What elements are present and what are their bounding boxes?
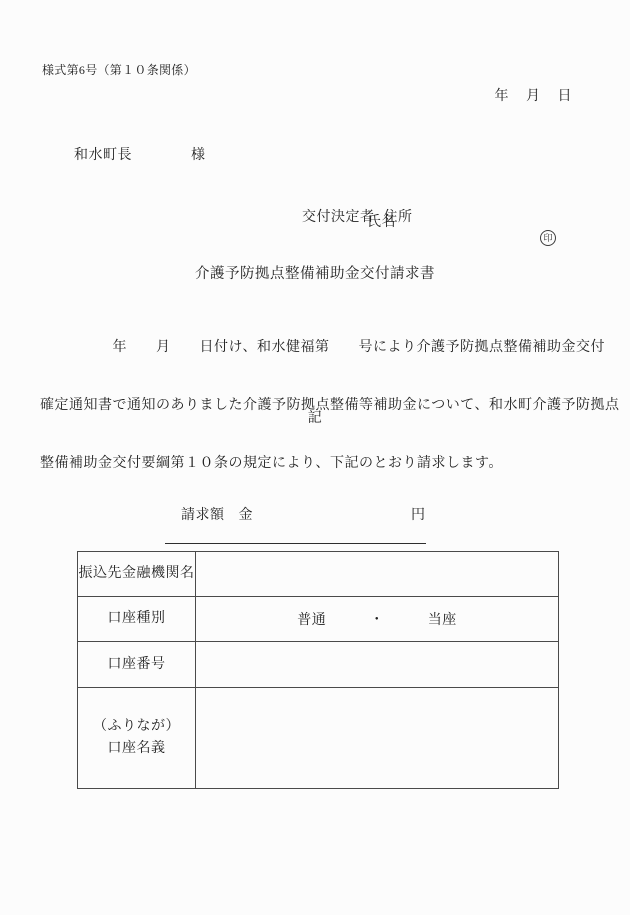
seal-stamp-icon: 印	[524, 213, 556, 263]
row-label-account-number: 口座番号	[78, 642, 196, 688]
date-day-label: 日	[558, 89, 573, 106]
name-label: 氏名	[367, 215, 396, 232]
row-value-account-number	[196, 642, 559, 688]
body-line-3: 整備補助金交付要綱第１０条の規定により、下記のとおり請求します。	[40, 452, 610, 477]
bank-transfer-table: 振込先金融機関名 口座種別 普通 ・ 当座 口座番号 （ふりなが） 口座名義	[77, 551, 559, 789]
addressee-honorific: 様	[191, 148, 206, 163]
row-value-account-holder	[196, 688, 559, 789]
document-title: 介護予防拠点整備補助金交付請求書	[0, 266, 630, 283]
claim-currency-suffix: 円	[411, 508, 426, 523]
claim-amount-label: 請求額	[181, 508, 225, 523]
body-line-1: 年 月 日付け、和水健福第 号により介護予防拠点整備補助金交付	[40, 336, 610, 361]
record-marker: 記	[0, 411, 630, 428]
form-number: 様式第6号（第１０条関係）	[42, 63, 196, 77]
table-row-account-type: 口座種別 普通 ・ 当座	[78, 597, 559, 642]
addressee-line: 和水町長様	[58, 131, 206, 181]
date-year-label: 年	[495, 89, 510, 106]
table-row-bank-name: 振込先金融機関名	[78, 552, 559, 597]
grant-decider-label: 交付決定者	[302, 210, 375, 225]
row-value-account-type: 普通 ・ 当座	[196, 597, 559, 642]
date-month-label: 月	[526, 89, 541, 106]
row-label-account-type: 口座種別	[78, 597, 196, 642]
issue-date-line: 年 月 日	[495, 89, 573, 106]
row-value-bank-name	[196, 552, 559, 597]
addressee-name: 和水町長	[74, 148, 132, 163]
claim-amount-line: 請求額金円	[165, 491, 426, 544]
table-row-account-number: 口座番号	[78, 642, 559, 688]
table-row-account-holder: （ふりなが） 口座名義	[78, 688, 559, 789]
seal-stamp-glyph: 印	[540, 230, 556, 246]
row-label-bank-name: 振込先金融機関名	[78, 552, 196, 597]
claim-currency-prefix: 金	[239, 508, 254, 523]
body-paragraph: 年 月 日付け、和水健福第 号により介護予防拠点整備補助金交付 確定通知書で通知…	[40, 302, 610, 510]
row-label-account-holder: （ふりなが） 口座名義	[78, 688, 196, 789]
document-page: 様式第6号（第１０条関係） 年 月 日 和水町長様 交付決定者住所 氏名 印 介…	[0, 0, 630, 915]
